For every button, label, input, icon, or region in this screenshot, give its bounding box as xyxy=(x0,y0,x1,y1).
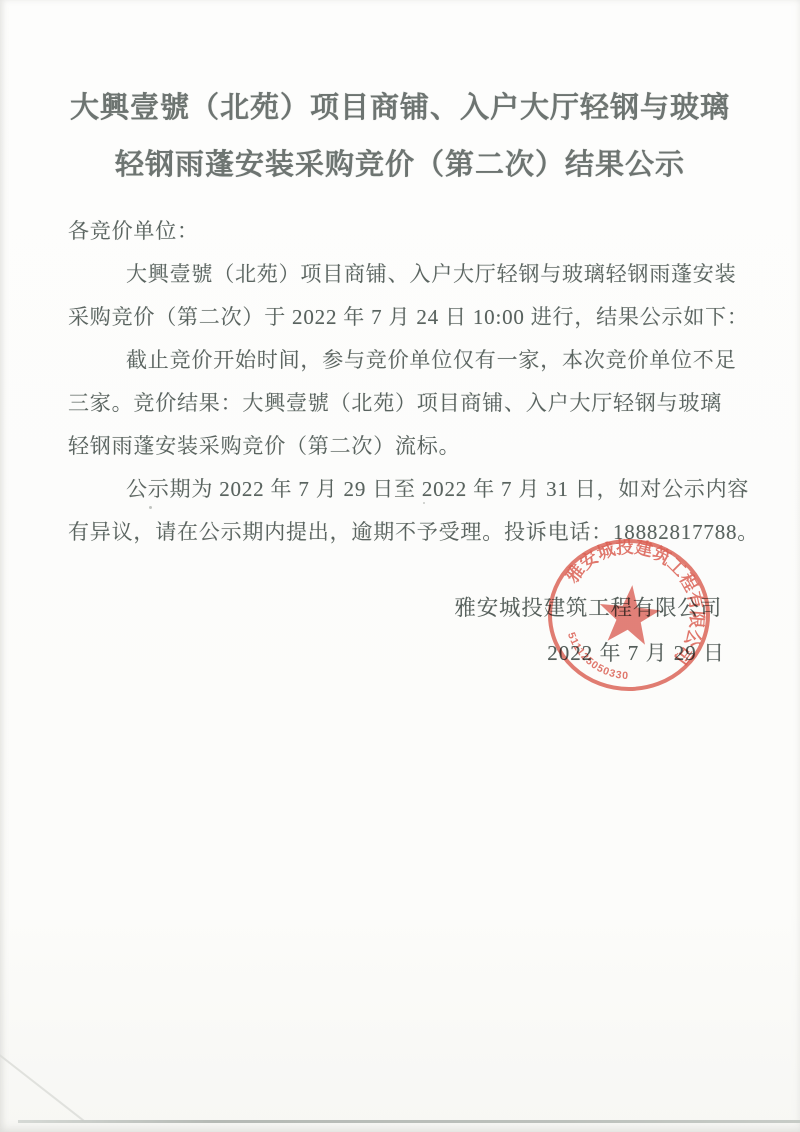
title-line-2: 轻钢雨蓬安装采购竞价（第二次）结果公示 xyxy=(40,137,760,194)
greeting-line: 各竞价单位： xyxy=(68,210,734,253)
company-seal: 雅安城投建筑工程有限公司 511125050330 xyxy=(546,536,712,694)
body-line: 大興壹號（北苑）项目商铺、入户大厅轻钢与玻璃轻钢雨蓬安装 xyxy=(68,253,734,296)
title-line-1: 大興壹號（北苑）项目商铺、入户大厅轻钢与玻璃 xyxy=(40,80,760,137)
seal-serial-number: 511125050330 xyxy=(565,631,629,682)
scan-crease-artifact xyxy=(0,1040,84,1121)
body-line: 采购竞价（第二次）于 2022 年 7 月 24 日 10:00 进行，结果公示… xyxy=(68,296,734,339)
document-title: 大興壹號（北苑）项目商铺、入户大厅轻钢与玻璃 轻钢雨蓬安装采购竞价（第二次）结果… xyxy=(40,80,760,194)
seal-graphic: 雅安城投建筑工程有限公司 511125050330 xyxy=(546,536,712,694)
scan-edge-shadow xyxy=(18,1120,800,1123)
body-line: 公示期为 2022 年 7 月 29 日至 2022 年 7 月 31 日，如对… xyxy=(68,468,734,511)
document-body: 各竞价单位： 大興壹號（北苑）项目商铺、入户大厅轻钢与玻璃轻钢雨蓬安装 采购竞价… xyxy=(68,210,734,554)
body-line: 截止竞价开始时间，参与竞价单位仅有一家，本次竞价单位不足 xyxy=(68,339,734,382)
seal-serial-holder: 511125050330 xyxy=(565,631,629,682)
scan-noise-dot xyxy=(423,502,425,504)
scan-noise-dot xyxy=(149,506,152,509)
scanned-document-page: 大興壹號（北苑）项目商铺、入户大厅轻钢与玻璃 轻钢雨蓬安装采购竞价（第二次）结果… xyxy=(0,0,800,1132)
body-line: 三家。竞价结果：大興壹號（北苑）项目商铺、入户大厅轻钢与玻璃 xyxy=(68,382,734,425)
body-line: 轻钢雨蓬安装采购竞价（第二次）流标。 xyxy=(68,425,734,468)
star-icon xyxy=(596,582,663,646)
